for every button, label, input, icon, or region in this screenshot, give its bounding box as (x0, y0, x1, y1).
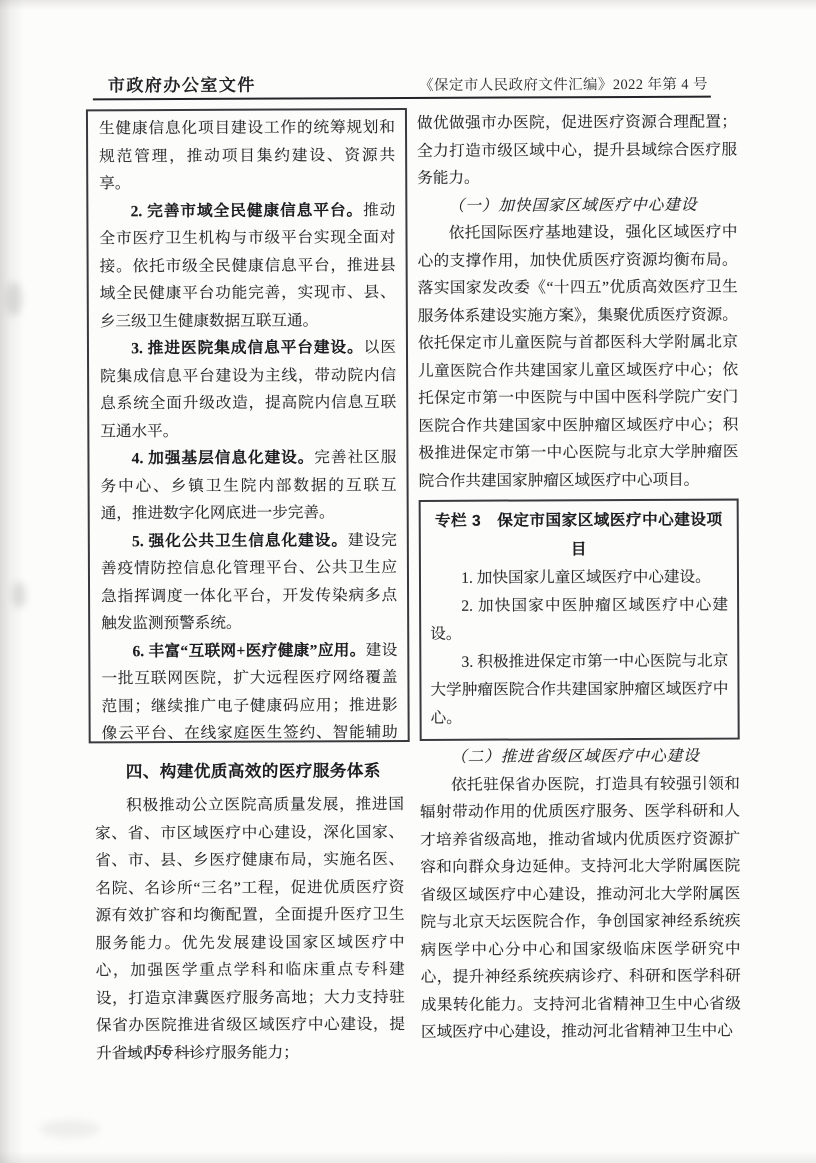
page-content: 市政府办公室文件 《保定市人民政府文件汇编》2022 年第 4 号 生健康信息化… (0, 0, 816, 1163)
subsection-1-paragraph: 依托国际医疗基地建设，强化区域医疗中心的支撑作用，加快优质医疗资源均衡布局。落实… (417, 219, 738, 495)
document-page: 市政府办公室文件 《保定市人民政府文件汇编》2022 年第 4 号 生健康信息化… (0, 0, 816, 1163)
header-rule (93, 96, 711, 101)
subsection-1-heading: （一）加快国家区域医疗中心建设 (417, 191, 737, 220)
callout-item-2: 2. 加快国家中医肿瘤区域医疗中心建设。 (430, 592, 728, 649)
section-4-paragraph: 积极推动公立医院高质量发展，推进国家、省、市区域医疗中心建设，深化国家、省、市、… (92, 791, 408, 1067)
paragraph-lead: 2. 完善市域全民健康信息平台。 (131, 202, 364, 220)
continuation-paragraph: 做优做强市办医院，促进医疗资源合理配置；全力打造市级区域中心，提升县域综合医疗服… (417, 109, 737, 193)
callout-box-column-3: 专栏 3 保定市国家区域医疗中心建设项目 1. 加快国家儿童区域医疗中心建设。 … (419, 499, 740, 741)
paragraph-lead: 5. 强化公共卫生信息化建设。 (132, 532, 348, 550)
header-left-title: 市政府办公室文件 (108, 71, 256, 97)
subsection-2-paragraph: 依托驻保省办医院，打造具有较强引领和辐射带动作用的优质医疗服务、医学科研和人才培… (420, 770, 741, 1046)
boxed-section-continuation: 生健康信息化项目建设工作的统筹规划和规范管理，推动项目集约建设、资源共享。 2.… (86, 108, 410, 743)
subsection-2-heading: （二）推进省级区域医疗中心建设 (420, 743, 740, 772)
callout-item-1: 1. 加快国家儿童区域医疗中心建设。 (430, 564, 728, 593)
left-column: 生健康信息化项目建设工作的统筹规划和规范管理，推动项目集约建设、资源共享。 2.… (86, 108, 411, 1067)
page-number: — 156 — (122, 1043, 196, 1060)
right-column: 做优做强市办医院，促进医疗资源合理配置；全力打造市级区域中心，提升县域综合医疗服… (417, 109, 741, 1047)
paragraph-lead: 4. 加强基层信息化建设。 (132, 449, 315, 467)
boxed-paragraph-6: 6. 丰富“互联网+医疗健康”应用。建设一批互联网医院，扩大远程医疗网络覆盖范围… (101, 637, 398, 744)
header-right-title: 《保定市人民政府文件汇编》2022 年第 4 号 (419, 73, 708, 95)
callout-item-3: 3. 积极推进保定市第一中心医院与北京大学肿瘤医院合作共建国家肿瘤区域医疗中心。 (430, 648, 728, 733)
boxed-paragraph-1: 生健康信息化项目建设工作的统筹规划和规范管理，推动项目集约建设、资源共享。 (99, 114, 395, 198)
paragraph-lead: 6. 丰富“互联网+医疗健康”应用。 (132, 642, 365, 660)
paragraph-lead: 3. 推进医院集成信息平台建设。 (131, 339, 364, 357)
boxed-paragraph-5: 5. 强化公共卫生信息化建设。建设完善疫情防控信息化管理平台、公共卫生应急指挥调… (101, 527, 397, 638)
paragraph-text: 生健康信息化项目建设工作的统筹规划和规范管理，推动项目集约建设、资源共享。 (99, 119, 395, 192)
callout-box-title: 专栏 3 保定市国家区域医疗中心建设项目 (430, 506, 728, 565)
boxed-paragraph-4: 4. 加强基层信息化建设。完善社区服务中心、乡镇卫生院内部数据的互联互通，推进数… (100, 444, 396, 528)
section-heading-4: 四、构建优质高效的医疗服务体系 (93, 757, 406, 786)
boxed-paragraph-2: 2. 完善市域全民健康信息平台。推动全市医疗卫生机构与市级平台实现全面对接。依托… (99, 197, 396, 336)
boxed-paragraph-3: 3. 推进医院集成信息平台建设。以医院集成信息平台建设为主线，带动院内信息系统全… (100, 334, 396, 445)
paragraph-text: 推动全市医疗卫生机构与市级平台实现全面对接。依托市级全民健康信息平台，推进县域全… (99, 202, 395, 330)
